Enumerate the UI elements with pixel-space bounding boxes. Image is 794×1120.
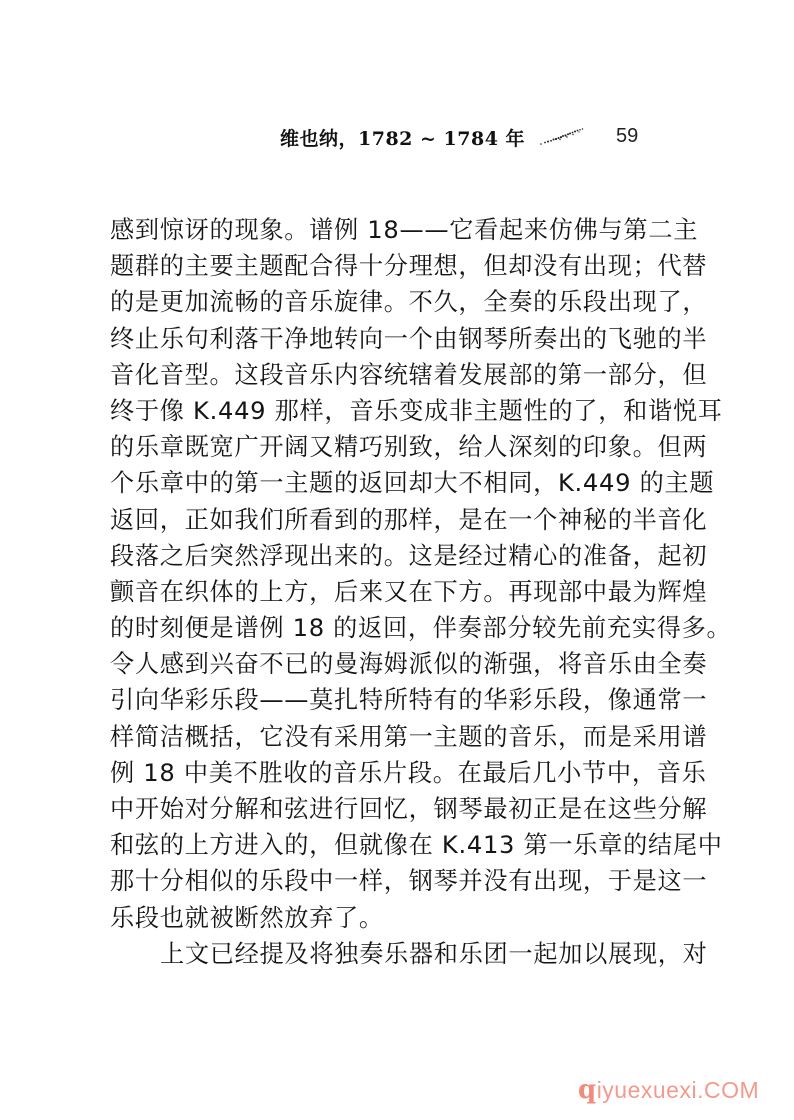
text-line: 的乐章既宽广开阔又精巧别致，给人深刻的印象。但两 (110, 429, 658, 465)
text-line: 终于像 K.449 那样，音乐变成非主题性的了，和谐悦耳 (110, 393, 658, 429)
text-line: 题群的主要主题配合得十分理想，但却没有出现；代替 (110, 248, 658, 284)
text-line: 感到惊讶的现象。谱例 18——它看起来仿佛与第二主 (110, 212, 658, 248)
body-text: 感到惊讶的现象。谱例 18——它看起来仿佛与第二主 题群的主要主题配合得十分理想… (110, 212, 658, 972)
watermark-text: iyuexuexi.COM (597, 1077, 759, 1103)
text-line: 和弦的上方进入的，但就像在 K.413 第一乐章的结尾中 (110, 827, 658, 863)
text-line: 个乐章中的第一主题的返回却大不相同，K.449 的主题 (110, 465, 658, 501)
site-watermark: qiyuexuexi.COM (578, 1075, 759, 1105)
running-header: 维也纳，1782 ~ 1784 年 (280, 124, 660, 154)
chapter-title: 维也纳，1782 ~ 1784 年 (280, 124, 525, 151)
text-line: 令人感到兴奋不已的曼海姆派似的渐强，将音乐由全奏 (110, 646, 658, 682)
text-line: 样简洁概括，它没有采用第一主题的音乐，而是采用谱 (110, 719, 658, 755)
text-line: 例 18 中美不胜收的音乐片段。在最后几小节中，音乐 (110, 755, 658, 791)
page-number: 59 (616, 125, 638, 148)
text-line: 的时刻便是谱例 18 的返回，伴奏部分较先前充实得多。 (110, 610, 658, 646)
text-line: 段落之后突然浮现出来的。这是经过精心的准备，起初 (110, 538, 658, 574)
text-line: 中开始对分解和弦进行回忆，钢琴最初正是在这些分解 (110, 791, 658, 827)
watermark-prefix: q (578, 1075, 597, 1105)
text-line: 的是更加流畅的音乐旋律。不久，全奏的乐段出现了， (110, 284, 658, 320)
paragraph-start-line: 上文已经提及将独奏乐器和乐团一起加以展现，对 (110, 936, 658, 972)
text-line: 那十分相似的乐段中一样，钢琴并没有出现，于是这一 (110, 863, 658, 899)
text-line: 返回，正如我们所看到的那样，是在一个神秘的半音化 (110, 502, 658, 538)
text-line: 音化音型。这段音乐内容统辖着发展部的第一部分，但 (110, 357, 658, 393)
text-line: 引向华彩乐段——莫扎特所特有的华彩乐段，像通常一 (110, 682, 658, 718)
text-line: 乐段也就被断然放弃了。 (110, 900, 658, 936)
flourish-icon (538, 126, 586, 148)
text-line: 终止乐句利落干净地转向一个由钢琴所奏出的飞驰的半 (110, 321, 658, 357)
text-line: 颤音在织体的上方，后来又在下方。再现部中最为辉煌 (110, 574, 658, 610)
